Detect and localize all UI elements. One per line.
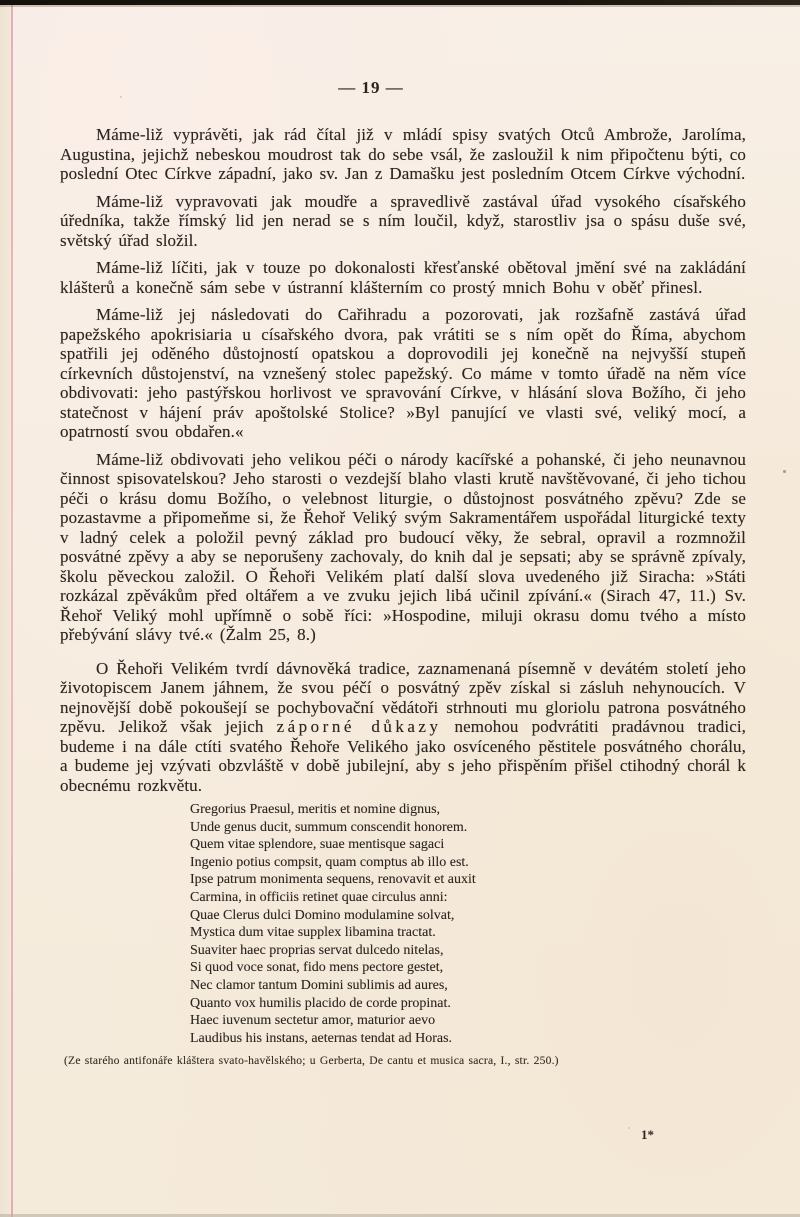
poem-line: Gregorius Praesul, meritis et nomine dig… [190, 801, 746, 819]
paragraph-4: Máme-liž jej následovati do Cařihradu a … [60, 305, 746, 442]
poem-line: Ingenio potius compsit, quam comptus ab … [190, 854, 746, 872]
paragraph-5: Máme-liž obdivovati jeho velikou péči o … [60, 450, 746, 645]
poem-line: Quae Clerus dulci Domino modulamine solv… [190, 907, 746, 925]
scanned-book-page: { "page": { "header": "— 19 —", "paragra… [0, 0, 800, 1217]
poem-line: Suaviter haec proprias servat dulcedo ni… [190, 942, 746, 960]
latin-poem: Gregorius Praesul, meritis et nomine dig… [190, 801, 746, 1047]
paragraph-6-emphasis: záporné důkazy [277, 717, 442, 736]
source-footnote: (Ze starého antifonáře kláštera svato-ha… [64, 1054, 746, 1068]
spine-edge-line [11, 0, 13, 1217]
paragraph-2: Máme-liž vypravovati jak moudře a sprave… [60, 192, 746, 251]
paragraph-6: O Řehoři Velikém tvrdí dávnověká tradice… [60, 659, 746, 796]
poem-line: Mystica dum vitae supplex libamina tract… [190, 924, 746, 942]
poem-line: Ipse patrum monimenta sequens, renovavit… [190, 871, 746, 889]
text-column: — 19 — Máme-liž vyprávěti, jak rád čítal… [60, 78, 746, 1068]
poem-line: Haec iuvenum sectetur amor, maturior aev… [190, 1012, 746, 1030]
poem-line: Quem vitae splendore, suae mentisque sag… [190, 836, 746, 854]
poem-line: Laudibus his instans, aeternas tendat ad… [190, 1030, 746, 1048]
signature-mark: 1* [641, 1127, 654, 1143]
paper-speck [628, 1127, 630, 1129]
poem-line: Carmina, in officiis retinet quae circul… [190, 889, 746, 907]
poem-line: Nec clamor tantum Domini sublimis ad aur… [190, 977, 746, 995]
poem-line: Si quod voce sonat, fido mens pectore ge… [190, 959, 746, 977]
page-number-header: — 19 — [28, 78, 714, 98]
paragraph-3: Máme-liž líčiti, jak v touze po dokonalo… [60, 258, 746, 297]
poem-line: Quanto vox humilis placido de corde prop… [190, 995, 746, 1013]
page-gutter [0, 0, 11, 1217]
paper-speck [783, 470, 786, 473]
scan-top-edge-shadow [0, 5, 800, 7]
paragraph-1: Máme-liž vyprávěti, jak rád čítal již v … [60, 125, 746, 184]
poem-line: Unde genus ducit, summum conscendit hono… [190, 819, 746, 837]
